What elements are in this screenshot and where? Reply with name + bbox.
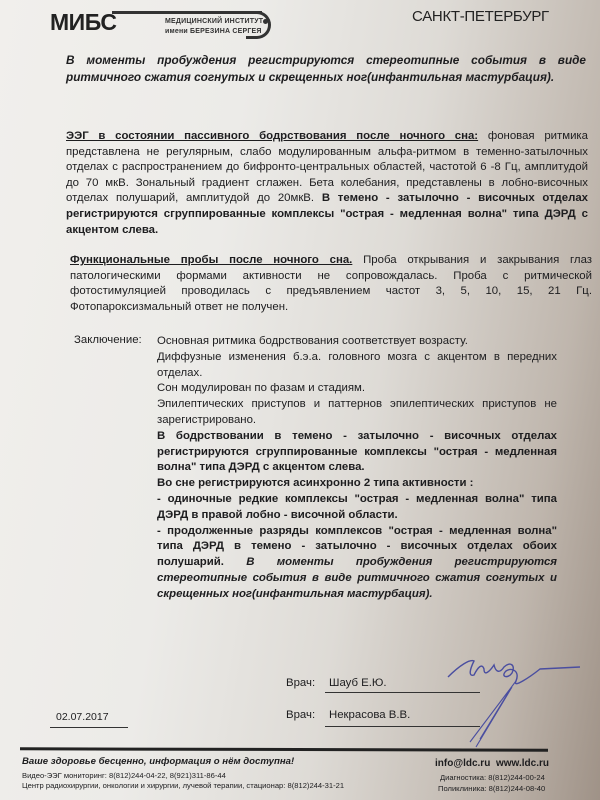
footer-video-eeg-phone: Видео-ЭЭГ мониторинг: 8(812)244-04-22, 8… [22,771,226,780]
logo-dot-icon [263,19,268,24]
doctor-label-2: Врач: [286,709,315,721]
report-date: 02.07.2017 [56,711,109,723]
conclusion-item: Сон модулирован по фазам и стадиям. [157,381,557,397]
footer-center-phone: Центр радиохирургии, онкологии и хирурги… [22,781,344,790]
intro-paragraph: В моменты пробуждения регистрируются сте… [66,52,586,85]
eeg-heading: ЭЭГ в состоянии пассивного бодрствования… [66,130,478,142]
conclusion-wake-finding: В бодрствовании в темено - затылочно - в… [157,429,557,476]
footer-slogan: Ваше здоровье бесценно, информация о нём… [22,756,294,767]
date-line [50,727,128,728]
conclusion-activity-type-1: - одиночные редкие комплексы "острая - м… [157,492,557,524]
logo-bar [112,11,262,14]
eeg-section: ЭЭГ в состоянии пассивного бодрствования… [66,129,588,238]
logo-subtitle-line1: МЕДИЦИНСКИЙ ИНСТИТУТ [165,18,263,25]
logo-mark: МИБС [50,6,117,38]
handwritten-signature-icon [440,647,600,757]
conclusion-body: Основная ритмика бодрствования соответст… [157,334,557,603]
doctor-label-1: Врач: [286,677,315,689]
medical-report-page: МИБС МЕДИЦИНСКИЙ ИНСТИТУТ имени БЕРЕЗИНА… [0,0,600,800]
footer-website-link[interactable]: www.ldc.ru [496,758,549,769]
doctor-name-1: Шауб Е.Ю. [329,677,387,689]
logo-subtitle-line2: имени БЕРЕЗИНА СЕРГЕЯ [165,28,262,35]
conclusion-item: Эпилептических приступов и паттернов эпи… [157,397,557,429]
functional-heading: Функциональные пробы после ночного сна. [70,254,352,266]
conclusion-item: Основная ритмика бодрствования соответст… [157,334,557,350]
doctor-name-2: Некрасова В.В. [329,709,410,721]
functional-tests-section: Функциональные пробы после ночного сна. … [70,253,592,315]
conclusion-label: Заключение: [74,334,142,346]
footer-polyclinic-phone: Поликлиника: 8(812)244-08-40 [438,784,545,793]
conclusion-sleep-finding: Во сне регистрируются асинхронно 2 типа … [157,476,557,492]
city-title: САНКТ-ПЕТЕРБУРГ [412,8,549,25]
conclusion-item: Диффузные изменения б.э.а. головного моз… [157,350,557,382]
footer-email-link[interactable]: info@ldc.ru [435,758,490,769]
footer-divider [20,747,548,751]
footer-diagnostics-phone: Диагностика: 8(812)244-00-24 [440,773,545,782]
institute-logo: МИБС МЕДИЦИНСКИЙ ИНСТИТУТ имени БЕРЕЗИНА… [50,6,240,38]
